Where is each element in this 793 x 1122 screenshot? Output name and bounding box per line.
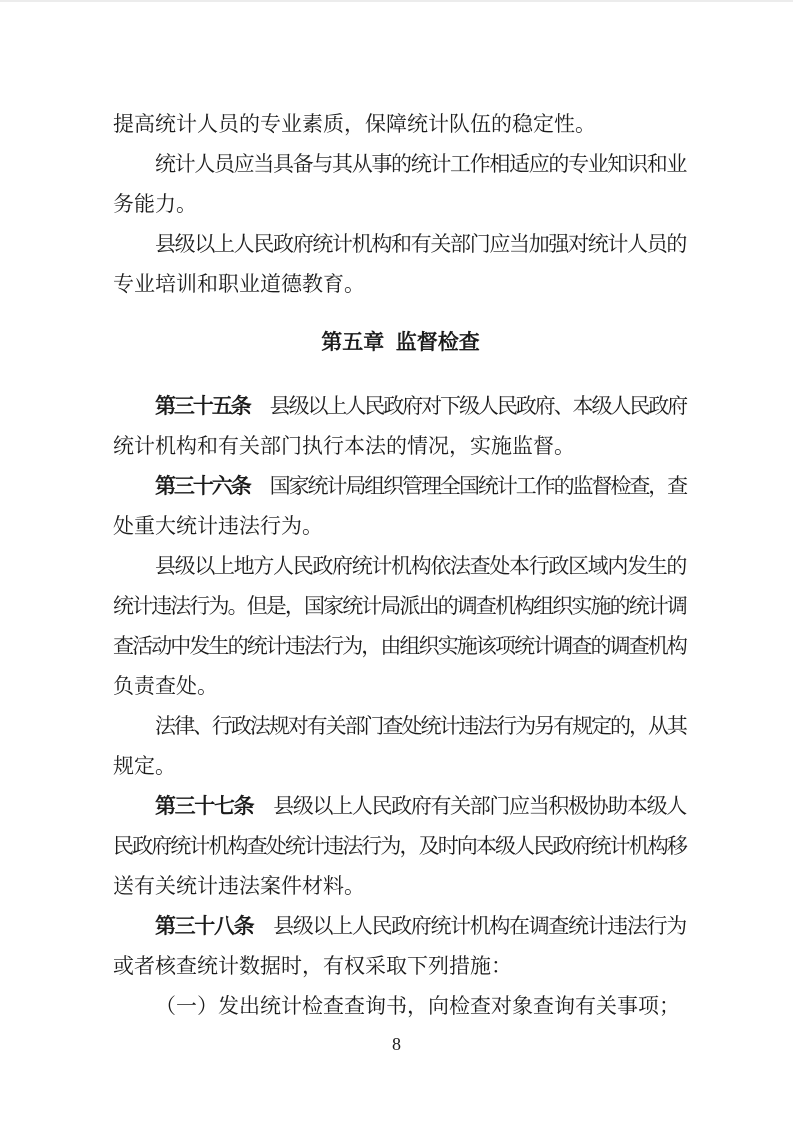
chapter-title: 监督检查	[396, 331, 480, 354]
text-line: 县级以上人民政府统计机构和有关部门应当加强对统计人员的	[113, 224, 688, 264]
article-line: 第三十八条县级以上人民政府统计机构在调查统计违法行为	[113, 906, 688, 946]
text-line: （一）发出统计检查查询书，向检查对象查询有关事项；	[113, 986, 688, 1026]
line-text: 提高统计人员的专业素质，保障统计队伍的稳定性。	[113, 112, 596, 136]
text-line: 统计违法行为。但是，国家统计局派出的调查机构组织实施的统计调	[113, 586, 688, 626]
line-text: 县级以上人民政府对下级人民政府、本级人民政府	[270, 394, 686, 418]
page-footer: 8	[0, 1031, 793, 1057]
line-text: 或者核查统计数据时，有权采取下列措施：	[113, 954, 512, 978]
line-text: 处重大统计违法行为。	[113, 514, 323, 538]
article-number: 第三十五条	[155, 395, 250, 418]
line-text: 负责查处。	[113, 674, 218, 698]
line-text: 统计违法行为。但是，国家统计局派出的调查机构组织实施的统计调	[113, 594, 686, 618]
line-text: 县级以上人民政府统计机构和有关部门应当加强对统计人员的	[155, 232, 686, 256]
text-line: 查活动中发生的统计违法行为，由组织实施该项统计调查的调查机构	[113, 626, 688, 666]
line-text: 查活动中发生的统计违法行为，由组织实施该项统计调查的调查机构	[113, 634, 686, 658]
article-line: 第三十五条县级以上人民政府对下级人民政府、本级人民政府	[113, 386, 688, 426]
page-number: 8	[392, 1034, 401, 1054]
article-number: 第三十六条	[155, 475, 250, 498]
chapter-number: 第五章	[321, 331, 384, 354]
text-line: 规定。	[113, 746, 688, 786]
line-text: 务能力。	[113, 192, 197, 216]
document-page: 提高统计人员的专业素质，保障统计队伍的稳定性。统计人员应当具备与其从事的统计工作…	[0, 0, 793, 1122]
text-line: 县级以上地方人民政府统计机构依法查处本行政区域内发生的	[113, 546, 688, 586]
text-line: 处重大统计违法行为。	[113, 506, 688, 546]
text-line: 统计机构和有关部门执行本法的情况，实施监督。	[113, 426, 688, 466]
text-line: 法律、行政法规对有关部门查处统计违法行为另有规定的，从其	[113, 706, 688, 746]
article-line: 第三十六条国家统计局组织管理全国统计工作的监督检查，查	[113, 466, 688, 506]
line-text: 县级以上人民政府统计机构在调查统计违法行为	[273, 914, 686, 938]
line-text: 统计机构和有关部门执行本法的情况，实施监督。	[113, 434, 575, 458]
paragraph-block-upper: 提高统计人员的专业素质，保障统计队伍的稳定性。统计人员应当具备与其从事的统计工作…	[113, 104, 688, 304]
article-line: 第三十七条县级以上人民政府有关部门应当积极协助本级人	[113, 786, 688, 826]
text-line: 统计人员应当具备与其从事的统计工作相适应的专业知识和业	[113, 144, 688, 184]
line-text: 法律、行政法规对有关部门查处统计违法行为另有规定的，从其	[155, 714, 686, 738]
text-line: 务能力。	[113, 184, 688, 224]
chapter-heading: 第五章监督检查	[113, 323, 688, 363]
document-content: 提高统计人员的专业素质，保障统计队伍的稳定性。统计人员应当具备与其从事的统计工作…	[0, 0, 793, 1026]
article-number: 第三十八条	[155, 915, 253, 938]
line-text: 县级以上地方人民政府统计机构依法查处本行政区域内发生的	[155, 554, 686, 578]
line-text: 送有关统计违法案件材料。	[113, 874, 365, 898]
page-top-border	[0, 0, 793, 2]
text-line: 提高统计人员的专业素质，保障统计队伍的稳定性。	[113, 104, 688, 144]
line-text: 县级以上人民政府有关部门应当积极协助本级人	[273, 794, 686, 818]
line-text: 国家统计局组织管理全国统计工作的监督检查，查	[270, 474, 686, 498]
paragraph-block-lower: 第三十五条县级以上人民政府对下级人民政府、本级人民政府统计机构和有关部门执行本法…	[113, 386, 688, 1026]
line-text: 民政府统计机构查处统计违法行为，及时向本级人民政府统计机构移	[113, 834, 686, 858]
line-text: （一）发出统计检查查询书，向检查对象查询有关事项；	[155, 994, 680, 1018]
text-line: 或者核查统计数据时，有权采取下列措施：	[113, 946, 688, 986]
text-line: 民政府统计机构查处统计违法行为，及时向本级人民政府统计机构移	[113, 826, 688, 866]
text-line: 专业培训和职业道德教育。	[113, 264, 688, 304]
text-line: 负责查处。	[113, 666, 688, 706]
text-line: 送有关统计违法案件材料。	[113, 866, 688, 906]
line-text: 专业培训和职业道德教育。	[113, 272, 365, 296]
line-text: 统计人员应当具备与其从事的统计工作相适应的专业知识和业	[155, 152, 686, 176]
line-text: 规定。	[113, 754, 176, 778]
article-number: 第三十七条	[155, 795, 253, 818]
